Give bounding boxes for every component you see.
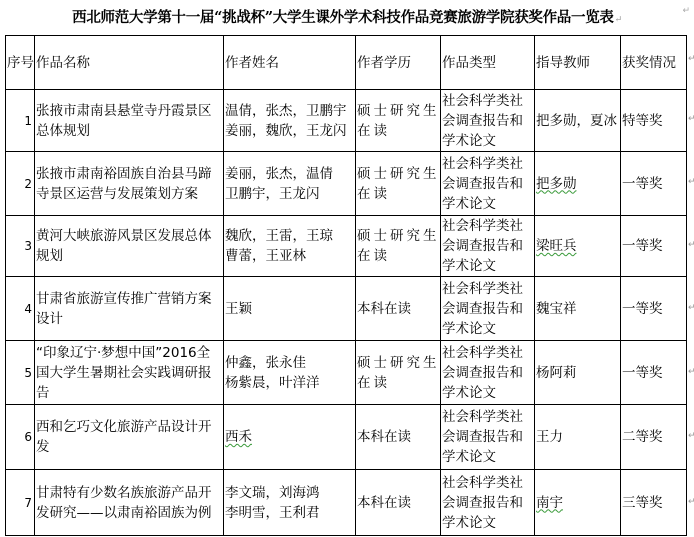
row-award: 三等奖 (621, 470, 687, 536)
header-education: 作者学历 (356, 36, 441, 90)
row-authors: 魏欣，王雷，王琼曹蕾，王亚林 (224, 216, 356, 277)
row-index: 6 (6, 405, 35, 470)
row-advisor: 南宇 (535, 470, 621, 536)
paragraph-mark-icon: ↵ (688, 431, 694, 441)
row-work-name: 张掖市肃南裕固族自治县马蹄寺景区运营与发展策划方案 (35, 152, 224, 216)
authors-line: 仲鑫，张永佳 (225, 353, 355, 373)
table-row: 2 张掖市肃南裕固族自治县马蹄寺景区运营与发展策划方案 姜丽，张杰，温倩卫鹏宇，… (6, 152, 687, 216)
row-award: 一等奖 (621, 152, 687, 216)
row-authors: 姜丽，张杰，温倩卫鹏宇，王龙闪 (224, 152, 356, 216)
row-authors: 仲鑫，张永佳杨紫晨，叶洋洋 (224, 341, 356, 405)
table-row: 6 西和乞巧文化旅游产品设计开发 西禾 本科在读 社会科学类社会调查报告和学术论… (6, 405, 687, 470)
table-row: 3 黄河大峡旅游风景区发展总体规划 魏欣，王雷，王琼曹蕾，王亚林 硕士研究生在读… (6, 216, 687, 277)
advisor-name: 梁旺兵 (536, 238, 577, 254)
row-authors: 西禾 (224, 405, 356, 470)
header-authors: 作者姓名 (224, 36, 356, 90)
row-education: 本科在读 (356, 405, 441, 470)
row-advisor: 杨阿莉 (535, 341, 621, 405)
header-award: 获奖情况 (621, 36, 687, 90)
authors-line: 西禾 (225, 429, 252, 445)
row-work-name: 西和乞巧文化旅游产品设计开发 (35, 405, 224, 470)
row-work-name: 甘肃特有少数名族旅游产品开发研究——以肃南裕固族为例 (35, 470, 224, 536)
row-award: 特等奖 (621, 90, 687, 152)
paragraph-mark-icon: ↵ (688, 497, 694, 507)
paragraph-mark-icon: ↵ (615, 15, 622, 25)
authors-line: 姜丽，魏欣，王龙闪 (225, 121, 355, 141)
paragraph-mark-icon: ↵ (688, 177, 694, 187)
authors-line: 李明雪，王利君 (225, 503, 355, 523)
row-authors: 温倩，张杰，卫鹏宇姜丽，魏欣，王龙闪 (224, 90, 356, 152)
paragraph-mark-icon: ↵ (688, 114, 694, 124)
advisor-name: 南宇 (536, 495, 563, 511)
paragraph-mark-icon: ↵ (688, 303, 694, 313)
header-work-type: 作品类型 (441, 36, 535, 90)
paragraph-mark-icon: ↵ (682, 6, 690, 16)
authors-line: 卫鹏宇，王龙闪 (225, 184, 355, 204)
table-header-row: 序号 作品名称 作者姓名 作者学历 作品类型 指导教师 获奖情况 (6, 36, 687, 90)
row-award: 二等奖 (621, 405, 687, 470)
table-row: 4 甘肃省旅游宣传推广营销方案设计 王颖 本科在读 社会科学类社会调查报告和学术… (6, 277, 687, 341)
row-work-name: “印象辽宁·梦想中国”2016全国大学生暑期社会实践调研报告 (35, 341, 224, 405)
row-advisor: 魏宝祥 (535, 277, 621, 341)
row-education: 硕士研究生在读 (356, 90, 441, 152)
row-index: 3 (6, 216, 35, 277)
row-education: 本科在读 (356, 470, 441, 536)
advisor-name: 把多勋 (536, 176, 577, 192)
header-advisor: 指导教师 (535, 36, 621, 90)
paragraph-mark-icon: ↵ (688, 367, 694, 377)
row-education: 硕士研究生在读 (356, 341, 441, 405)
awards-table: 序号 作品名称 作者姓名 作者学历 作品类型 指导教师 获奖情况 1 张掖市肃南… (5, 35, 687, 536)
row-award: 一等奖 (621, 277, 687, 341)
authors-line: 李文瑞，刘海鸿 (225, 483, 355, 503)
row-work-type: 社会科学类社会调查报告和学术论文 (441, 277, 535, 341)
authors-line: 温倩，张杰，卫鹏宇 (225, 101, 355, 121)
row-authors: 李文瑞，刘海鸿李明雪，王利君 (224, 470, 356, 536)
authors-line: 姜丽，张杰，温倩 (225, 164, 355, 184)
row-index: 1 (6, 90, 35, 152)
authors-line: 曹蕾，王亚林 (225, 246, 355, 266)
authors-line: 杨紫晨，叶洋洋 (225, 373, 355, 393)
row-work-type: 社会科学类社会调查报告和学术论文 (441, 216, 535, 277)
paragraph-mark-icon: ↵ (688, 54, 694, 64)
document-title: 西北师范大学第十一届“挑战杯”大学生课外学术科技作品竞赛旅游学院获奖作品一览表↵ (0, 6, 694, 27)
table-row: 5 “印象辽宁·梦想中国”2016全国大学生暑期社会实践调研报告 仲鑫，张永佳杨… (6, 341, 687, 405)
row-work-type: 社会科学类社会调查报告和学术论文 (441, 470, 535, 536)
row-work-name: 张掖市肃南县悬堂寺丹霞景区总体规划 (35, 90, 224, 152)
paragraph-mark-icon: ↵ (688, 240, 694, 250)
row-award: 一等奖 (621, 341, 687, 405)
row-advisor: 把多勋，夏冰 (535, 90, 621, 152)
row-index: 4 (6, 277, 35, 341)
table-row: 7 甘肃特有少数名族旅游产品开发研究——以肃南裕固族为例 李文瑞，刘海鸿李明雪，… (6, 470, 687, 536)
row-index: 7 (6, 470, 35, 536)
table-row: 1 张掖市肃南县悬堂寺丹霞景区总体规划 温倩，张杰，卫鹏宇姜丽，魏欣，王龙闪 硕… (6, 90, 687, 152)
row-work-name: 黄河大峡旅游风景区发展总体规划 (35, 216, 224, 277)
row-work-type: 社会科学类社会调查报告和学术论文 (441, 152, 535, 216)
header-work-name: 作品名称 (35, 36, 224, 90)
row-award: 一等奖 (621, 216, 687, 277)
row-education: 硕士研究生在读 (356, 152, 441, 216)
row-education: 硕士研究生在读 (356, 216, 441, 277)
row-work-type: 社会科学类社会调查报告和学术论文 (441, 90, 535, 152)
row-advisor: 王力 (535, 405, 621, 470)
row-work-type: 社会科学类社会调查报告和学术论文 (441, 405, 535, 470)
row-education: 本科在读 (356, 277, 441, 341)
row-index: 5 (6, 341, 35, 405)
authors-line: 王颖 (225, 299, 355, 319)
row-advisor: 梁旺兵 (535, 216, 621, 277)
row-work-type: 社会科学类社会调查报告和学术论文 (441, 341, 535, 405)
row-work-name: 甘肃省旅游宣传推广营销方案设计 (35, 277, 224, 341)
row-index: 2 (6, 152, 35, 216)
authors-line: 魏欣，王雷，王琼 (225, 226, 355, 246)
header-index: 序号 (6, 36, 35, 90)
row-authors: 王颖 (224, 277, 356, 341)
row-advisor: 把多勋 (535, 152, 621, 216)
